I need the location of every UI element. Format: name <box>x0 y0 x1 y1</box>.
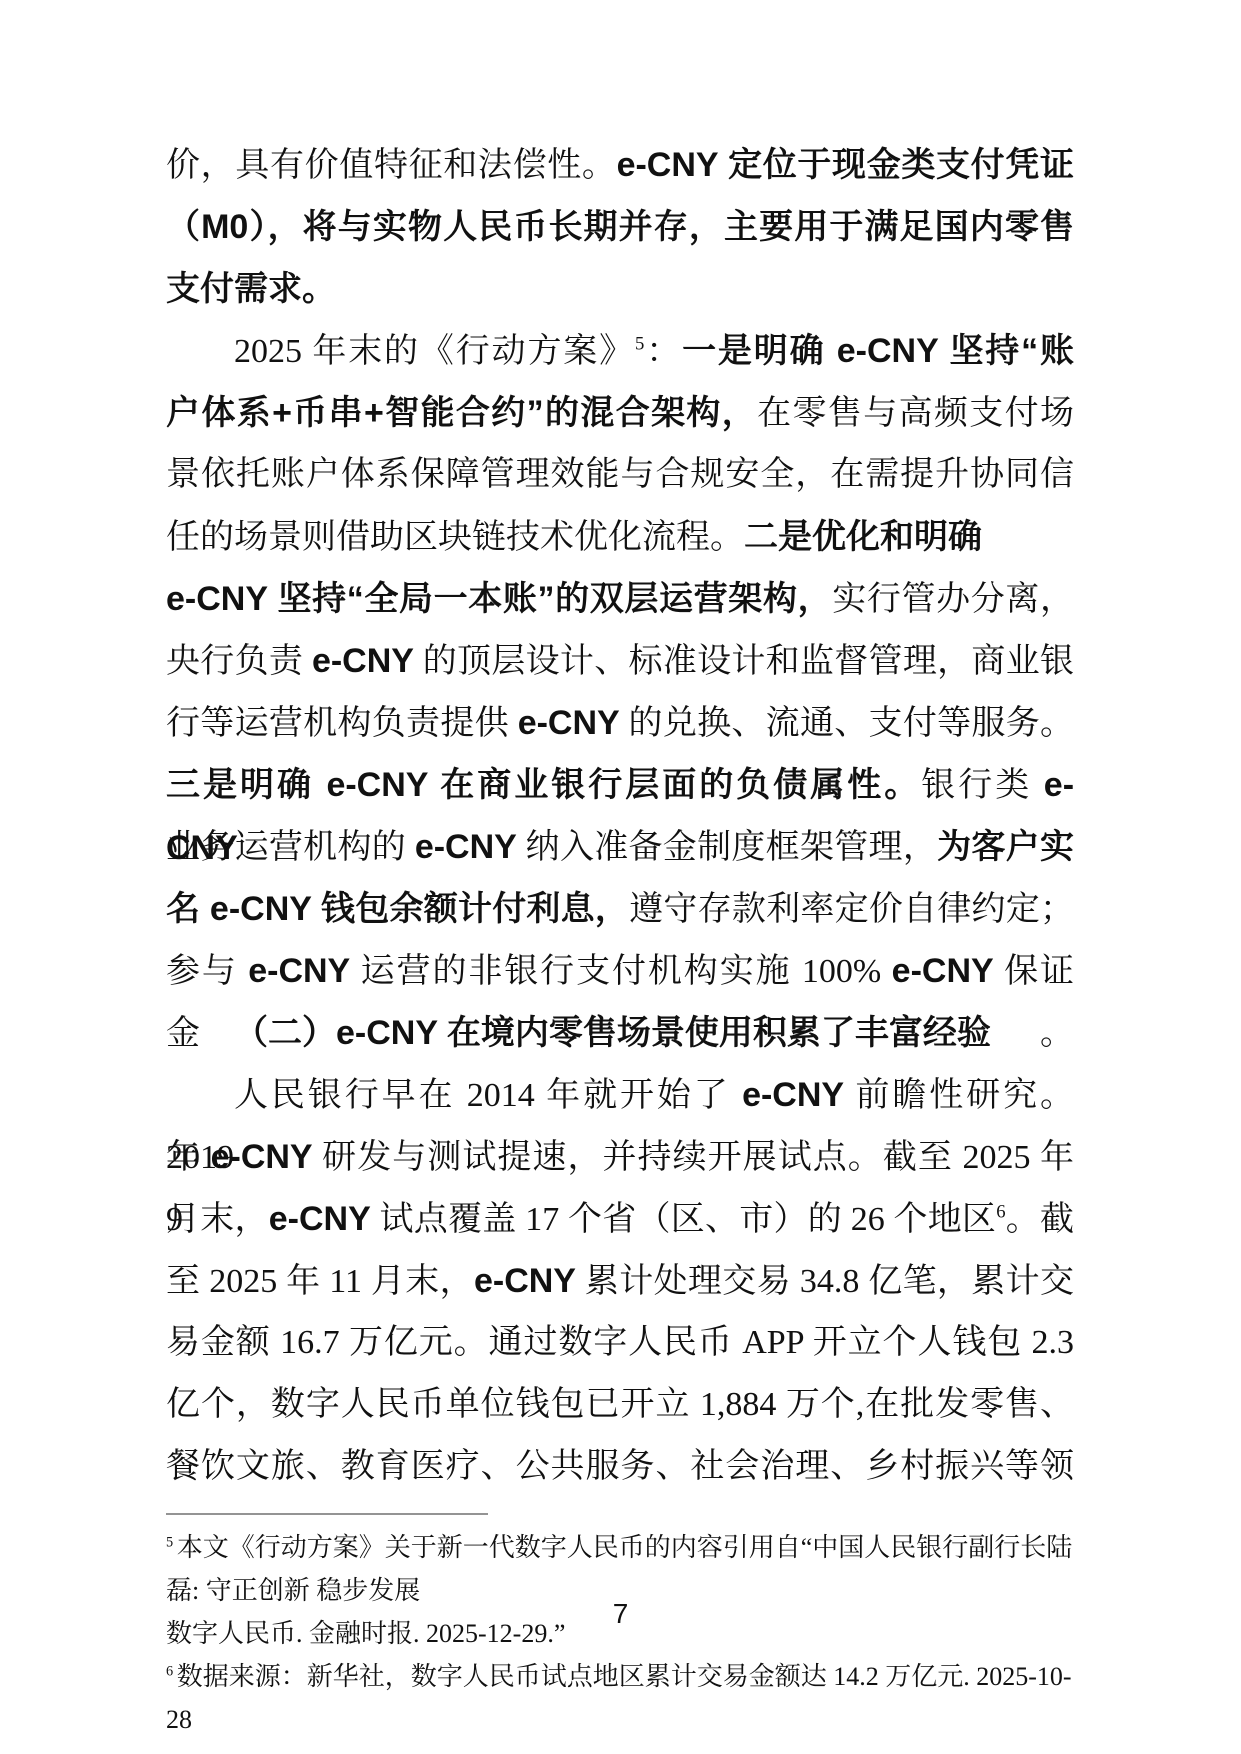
text-segment: 纳入准备金制度框架管理， <box>517 829 937 866</box>
text-line: 2025 年末的《行动方案》5：一是明确 e-CNY 坚持“账 <box>166 320 1074 382</box>
text-line: 业务运营机构的 e-CNY 纳入准备金制度框架管理，为客户实 <box>166 816 1074 878</box>
text-segment: 一是明确 e-CNY 坚持“账 <box>682 332 1074 370</box>
text-segment: 户体系+币串+智能合约”的混合架构， <box>166 394 757 432</box>
text-segment: 试点覆盖 17 个省（区、市）的 26 个地区 <box>371 1201 996 1238</box>
text-line: 餐饮文旅、教育医疗、公共服务、社会治理、乡村振兴等领 <box>166 1436 1074 1498</box>
footnote-marker: 6 <box>166 1663 177 1679</box>
text-segment: 参与 <box>166 953 248 990</box>
text-line: e-CNY 坚持“全局一本账”的双层运营架构，实行管办分离， <box>166 568 1074 630</box>
text-segment: 在零售与高频支付场 <box>757 395 1074 432</box>
text-segment: 业务运营机构的 <box>166 829 415 866</box>
text-line: 价，具有价值特征和法偿性。e-CNY 定位于现金类支付凭证 <box>166 134 1074 196</box>
text-segment: e-CNY <box>474 1262 576 1300</box>
text-segment: 年 <box>166 1139 211 1176</box>
text-segment: e-CNY <box>415 828 517 866</box>
text-segment: ： <box>644 333 682 370</box>
text-line: 三是明确 e-CNY 在商业银行层面的负债属性。银行类 e-CNY <box>166 754 1074 816</box>
text-segment: 。截 <box>1006 1201 1075 1238</box>
text-segment: e-CNY <box>248 952 350 990</box>
text-segment: 实行管办分离， <box>832 581 1074 618</box>
text-segment: 累计处理交易 34.8 亿笔，累计交 <box>576 1263 1074 1300</box>
text-line: 年 e-CNY 研发与测试提速，并持续开展试点。截至 2025 年 9 <box>166 1126 1074 1188</box>
page-number: 7 <box>0 1598 1241 1630</box>
text-segment: 餐饮文旅、教育医疗、公共服务、社会治理、乡村振兴等领 <box>166 1448 1074 1485</box>
footnote-reference: 5 <box>635 334 644 355</box>
text-segment: 人民银行早在 2014 年就开始了 <box>234 1077 742 1114</box>
text-segment: 月末， <box>166 1201 269 1238</box>
text-line: 亿个，数字人民币单位钱包已开立 1,884 万个,在批发零售、 <box>166 1374 1074 1436</box>
footnotes-section: 5 本文《行动方案》关于新一代数字人民币的内容引用自“中国人民银行副行长陆磊: … <box>166 1526 1074 1741</box>
footnote-text: 数据来源：新华社，数字人民币试点地区累计交易金额达 14.2 万亿元. 2025… <box>166 1662 1072 1734</box>
text-segment: 为客户实 <box>937 828 1074 866</box>
text-segment: e-CNY <box>518 704 620 742</box>
text-segment: 行等运营机构负责提供 <box>166 705 518 742</box>
text-segment: 任的场景则借助区块链技术优化流程。 <box>166 519 744 556</box>
text-segment: 运营的非银行支付机构实施 100% <box>350 953 891 990</box>
text-segment: 易金额 16.7 万亿元。通过数字人民币 APP 开立个人钱包 2.3 <box>166 1324 1074 1361</box>
text-segment: 三是明确 e-CNY 在商业银行层面的负债属性。 <box>166 766 921 804</box>
text-segment: 价，具有价值特征和法偿性。 <box>166 147 617 184</box>
text-segment: 银行类 <box>921 767 1044 804</box>
text-line: 支付需求。 <box>166 258 1074 320</box>
text-segment: 2025 年末的《行动方案》 <box>234 333 635 370</box>
text-line: 行等运营机构负责提供 e-CNY 的兑换、流通、支付等服务。 <box>166 692 1074 754</box>
text-segment: 名 e-CNY 钱包余额计付利息， <box>166 890 629 928</box>
document-body: 价，具有价值特征和法偿性。e-CNY 定位于现金类支付凭证（M0），将与实物人民… <box>166 134 1074 1498</box>
text-segment: e-CNY <box>742 1076 844 1114</box>
footnote-text: 本文《行动方案》关于新一代数字人民币的内容引用自“中国人民银行副行长陆磊: 守正… <box>166 1533 1072 1605</box>
text-line: 户体系+币串+智能合约”的混合架构，在零售与高频支付场 <box>166 382 1074 444</box>
text-segment: 央行负责 <box>166 643 312 680</box>
text-line: 景依托账户体系保障管理效能与合规安全，在需提升协同信 <box>166 444 1074 506</box>
text-segment: e-CNY <box>211 1138 313 1176</box>
text-line: （M0），将与实物人民币长期并存，主要用于满足国内零售 <box>166 196 1074 258</box>
text-line: 月末，e-CNY 试点覆盖 17 个省（区、市）的 26 个地区6。截 <box>166 1188 1074 1250</box>
text-line: 至 2025 年 11 月末，e-CNY 累计处理交易 34.8 亿笔，累计交 <box>166 1250 1074 1312</box>
text-segment: e-CNY <box>269 1200 371 1238</box>
text-segment: 的兑换、流通、支付等服务。 <box>620 705 1074 742</box>
footnote-line: 6 数据来源：新华社，数字人民币试点地区累计交易金额达 14.2 万亿元. 20… <box>166 1655 1074 1741</box>
section-heading: （二）e-CNY 在境内零售场景使用积累了丰富经验 <box>166 1002 1074 1064</box>
text-segment: 遵守存款利率定价自律约定； <box>629 891 1074 928</box>
text-segment: 二是优化和明确 <box>744 518 982 556</box>
text-segment: e-CNY <box>312 642 414 680</box>
text-segment: 的顶层设计、标准设计和监督管理，商业银 <box>414 643 1074 680</box>
text-segment: （M0），将与实物人民币长期并存，主要用于满足国内零售 <box>166 208 1074 246</box>
text-segment: 至 2025 年 11 月末， <box>166 1263 474 1300</box>
text-line: 央行负责 e-CNY 的顶层设计、标准设计和监督管理，商业银 <box>166 630 1074 692</box>
footnote-separator <box>166 1513 488 1515</box>
text-segment: （二）e-CNY 在境内零售场景使用积累了丰富经验 <box>234 1014 991 1052</box>
text-line: 任的场景则借助区块链技术优化流程。二是优化和明确 <box>166 506 1074 568</box>
text-segment: 亿个，数字人民币单位钱包已开立 1,884 万个,在批发零售、 <box>166 1386 1074 1423</box>
text-line: 易金额 16.7 万亿元。通过数字人民币 APP 开立个人钱包 2.3 <box>166 1312 1074 1374</box>
text-line: 人民银行早在 2014 年就开始了 e-CNY 前瞻性研究。2019 <box>166 1064 1074 1126</box>
text-segment: e-CNY <box>892 952 994 990</box>
text-line: 参与 e-CNY 运营的非银行支付机构实施 100% e-CNY 保证金。 <box>166 940 1074 1002</box>
text-segment: 景依托账户体系保障管理效能与合规安全，在需提升协同信 <box>166 456 1074 493</box>
footnote-reference: 6 <box>996 1202 1005 1223</box>
text-segment: e-CNY 坚持“全局一本账”的双层运营架构， <box>166 580 832 618</box>
text-segment: 支付需求。 <box>166 270 336 308</box>
text-segment: e-CNY 定位于现金类支付凭证 <box>617 146 1074 184</box>
footnote-marker: 5 <box>166 1534 177 1550</box>
text-line: 名 e-CNY 钱包余额计付利息，遵守存款利率定价自律约定； <box>166 878 1074 940</box>
document-page: 价，具有价值特征和法偿性。e-CNY 定位于现金类支付凭证（M0），将与实物人民… <box>0 0 1241 1754</box>
